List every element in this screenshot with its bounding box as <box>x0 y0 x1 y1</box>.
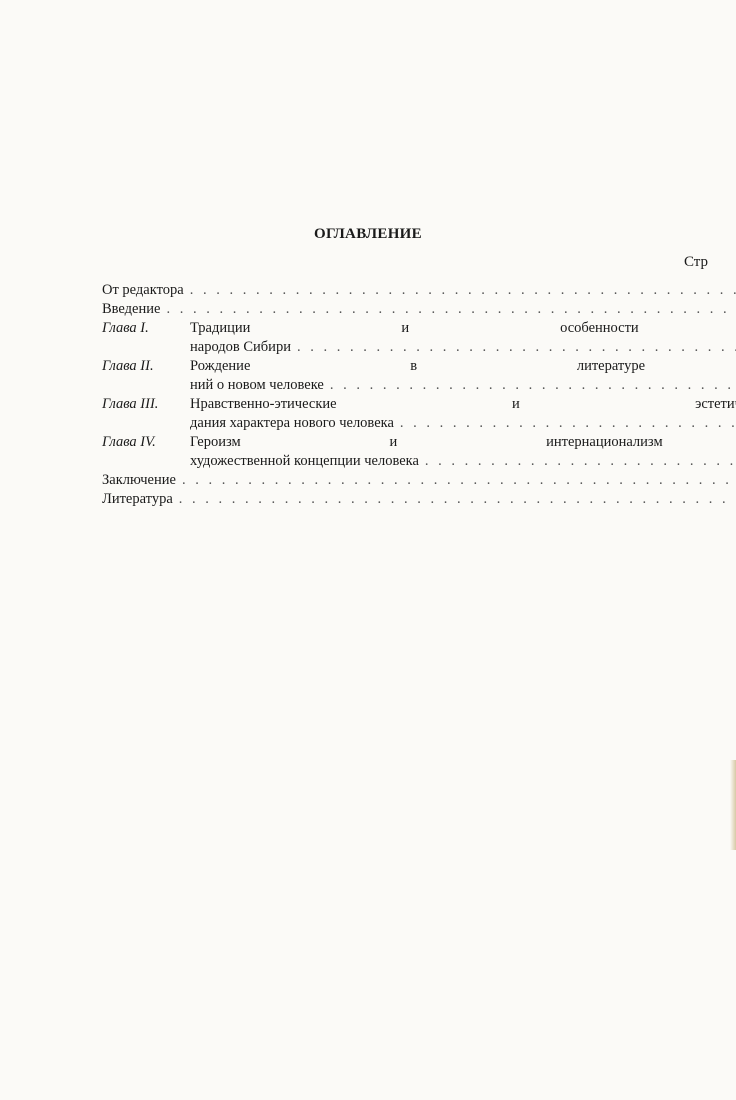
toc-entry-title: Рождение в литературе гуманистических пр… <box>190 357 736 376</box>
toc-entry[interactable]: Глава IV. Героизм и интернационализм как… <box>102 433 712 471</box>
toc-entry-title-cont: художественной концепции человека <box>190 452 419 471</box>
chapter-label: Глава IV. <box>102 433 190 471</box>
leader-dots <box>182 471 736 490</box>
page-title: ОГЛАВЛЕНИЕ <box>0 226 736 243</box>
toc-entry-title: Героизм и интернационализм как важные пр… <box>190 433 736 452</box>
leader-dots <box>425 452 736 471</box>
table-of-contents: От редактора 3 Введение 4 Глава I. Тради… <box>102 281 712 509</box>
toc-entry-title-cont: дания характера нового человека <box>190 414 394 433</box>
toc-entry-title-cont: народов Сибири <box>190 338 291 357</box>
toc-entry[interactable]: Заключение 162 <box>102 471 712 490</box>
toc-entry[interactable]: Литература 172 <box>102 490 712 509</box>
toc-entry-title: Традиции и особенности художественного м… <box>190 319 736 338</box>
document-page: ОГЛАВЛЕНИЕ Стр От редактора 3 Введение 4 <box>0 0 736 1100</box>
leader-dots <box>297 338 736 357</box>
toc-entry[interactable]: От редактора 3 <box>102 281 712 300</box>
leader-dots <box>400 414 736 433</box>
leader-dots <box>330 376 736 395</box>
chapter-label: Глава III. <box>102 395 190 433</box>
leader-dots <box>190 281 736 300</box>
toc-entry[interactable]: Введение 4 <box>102 300 712 319</box>
toc-entry-title: Введение <box>102 300 160 319</box>
toc-entry-title: Литература <box>102 490 173 509</box>
toc-entry[interactable]: Глава I. Традиции и особенности художест… <box>102 319 712 357</box>
chapter-label: Глава II. <box>102 357 190 395</box>
page-column-label: Стр <box>684 254 708 271</box>
chapter-label: Глава I. <box>102 319 190 357</box>
leader-dots <box>179 490 736 509</box>
scan-edge-shadow <box>730 760 736 850</box>
toc-entry[interactable]: Глава III. Нравственно-этические и эстет… <box>102 395 712 433</box>
toc-entry[interactable]: Глава II. Рождение в литературе гуманист… <box>102 357 712 395</box>
toc-entry-title: Нравственно-этические и эстетические при… <box>190 395 736 414</box>
toc-entry-title: От редактора <box>102 281 184 300</box>
toc-entry-title-cont: ний о новом человеке <box>190 376 324 395</box>
leader-dots <box>166 300 736 319</box>
toc-entry-title: Заключение <box>102 471 176 490</box>
